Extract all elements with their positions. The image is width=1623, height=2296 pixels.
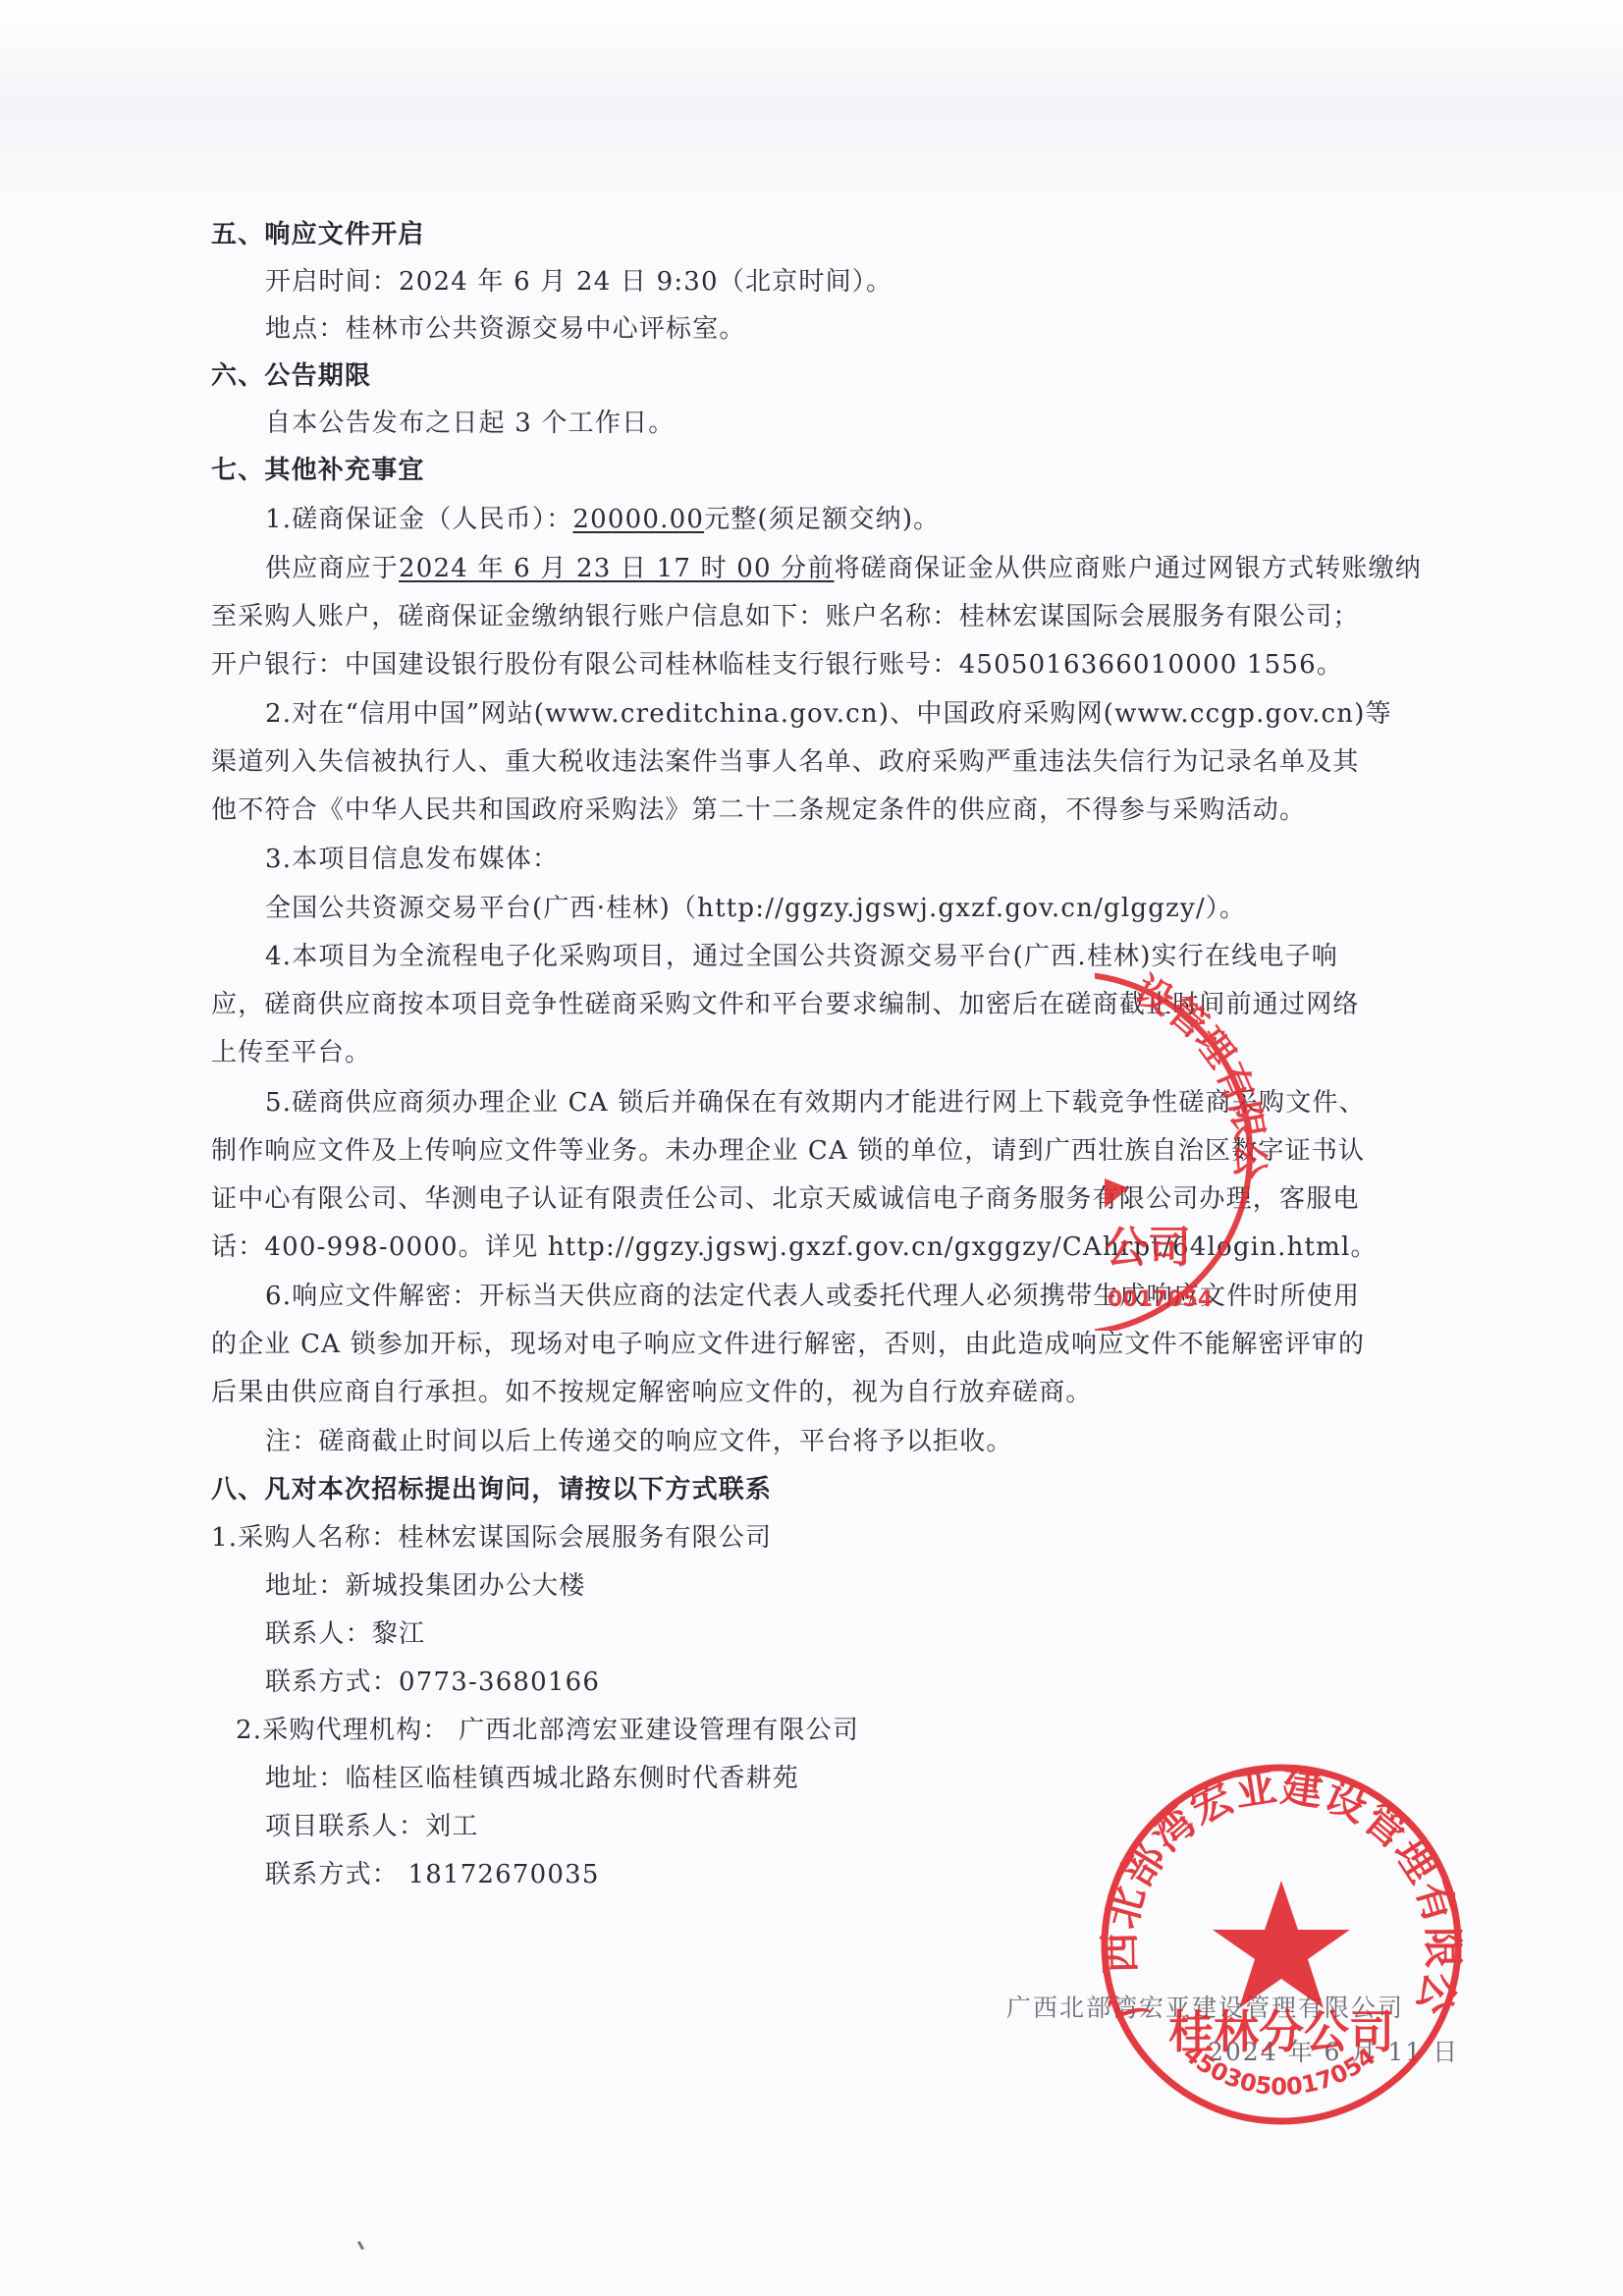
deposit-amount: 20000.00 xyxy=(572,505,704,534)
svg-text:0017054: 0017054 xyxy=(1108,1287,1213,1312)
svg-text:设管理有限公: 设管理有限公 xyxy=(1128,967,1272,1179)
section-8-heading: 八、凡对本次招标提出询问，请按以下方式联系 xyxy=(211,1473,772,1506)
section-7-heading: 七、其他补充事宜 xyxy=(211,454,425,487)
item2-line2: 渠道列入失信被执行人、重大税收违法案件当事人名单、政府采购严重违法失信行为记录名… xyxy=(211,745,1360,779)
company-seal-icon: 广西北部湾宏亚建设管理有限公司 桂林分公司 4503050017054 xyxy=(1090,1753,1473,2136)
purchaser-phone: 联系方式：0773-3680166 xyxy=(265,1666,600,1699)
scan-mark xyxy=(357,2241,364,2250)
deposit-deadline-line: 供应商应于2024 年 6 月 23 日 17 时 00 分前将磋商保证金从供应… xyxy=(265,552,1422,585)
section-5-heading: 五、响应文件开启 xyxy=(211,218,425,251)
open-location: 地点：桂林市公共资源交易中心评标室。 xyxy=(265,312,746,346)
item6-line2: 的企业 CA 锁参加开标，现场对电子响应文件进行解密，否则，由此造成响应文件不能… xyxy=(211,1328,1365,1361)
item3-line1: 3.本项目信息发布媒体： xyxy=(265,843,559,876)
deposit-line: 1.磋商保证金（人民币）：20000.00元整(须足额交纳)。 xyxy=(265,503,940,536)
item4-line3: 上传至平台。 xyxy=(211,1036,371,1069)
deadline-prefix: 供应商应于 xyxy=(265,554,399,583)
deposit-prefix: 1.磋商保证金（人民币）： xyxy=(265,505,572,534)
notice-period: 自本公告发布之日起 3 个工作日。 xyxy=(265,407,675,440)
rejection-note: 注：磋商截止时间以后上传递交的响应文件，平台将予以拒收。 xyxy=(265,1425,1013,1458)
partial-company-seal-icon: 设管理有限公 公司 0017054 xyxy=(884,967,1276,1331)
purchaser-address: 地址：新城投集团办公大楼 xyxy=(265,1569,585,1603)
page-top-shadow xyxy=(0,0,1623,196)
svg-text:公司: 公司 xyxy=(1105,1223,1191,1273)
agency-name: 2.采购代理机构： 广西北部湾宏亚建设管理有限公司 xyxy=(236,1714,859,1747)
item6-line3: 后果由供应商自行承担。如不按规定解密响应文件的，视为自行放弃磋商。 xyxy=(211,1376,1093,1409)
deposit-deadline: 2024 年 6 月 23 日 17 时 00 分前 xyxy=(399,554,835,583)
deadline-suffix: 将磋商保证金从供应商账户通过网银方式转账缴纳 xyxy=(835,554,1422,583)
item3-line2: 全国公共资源交易平台(广西·桂林)（http://ggzy.jgswj.gxzf… xyxy=(265,892,1246,925)
purchaser-contact: 联系人：黎江 xyxy=(265,1617,425,1651)
deposit-suffix: 元整(须足额交纳)。 xyxy=(704,505,940,534)
agency-phone: 联系方式： 18172670035 xyxy=(265,1858,600,1891)
agency-address: 地址：临桂区临桂镇西城北路东侧时代香耕苑 xyxy=(265,1762,799,1795)
agency-contact: 项目联系人：刘工 xyxy=(265,1810,479,1843)
item2-line3: 他不符合《中华人民共和国政府采购法》第二十二条规定条件的供应商，不得参与采购活动… xyxy=(211,793,1306,827)
open-time: 开启时间：2024 年 6 月 24 日 9:30（北京时间）。 xyxy=(265,265,893,299)
purchaser-name: 1.采购人名称：桂林宏谋国际会展服务有限公司 xyxy=(211,1521,772,1555)
account-name-line: 至采购人账户，磋商保证金缴纳银行账户信息如下：账户名称：桂林宏谋国际会展服务有限… xyxy=(211,600,1360,633)
item2-line1: 2.对在“信用中国”网站(www.creditchina.gov.cn)、中国政… xyxy=(265,697,1392,731)
bank-account-line: 开户银行：中国建设银行股份有限公司桂林临桂支行银行账号：450501636601… xyxy=(211,648,1343,682)
section-6-heading: 六、公告期限 xyxy=(211,359,371,393)
